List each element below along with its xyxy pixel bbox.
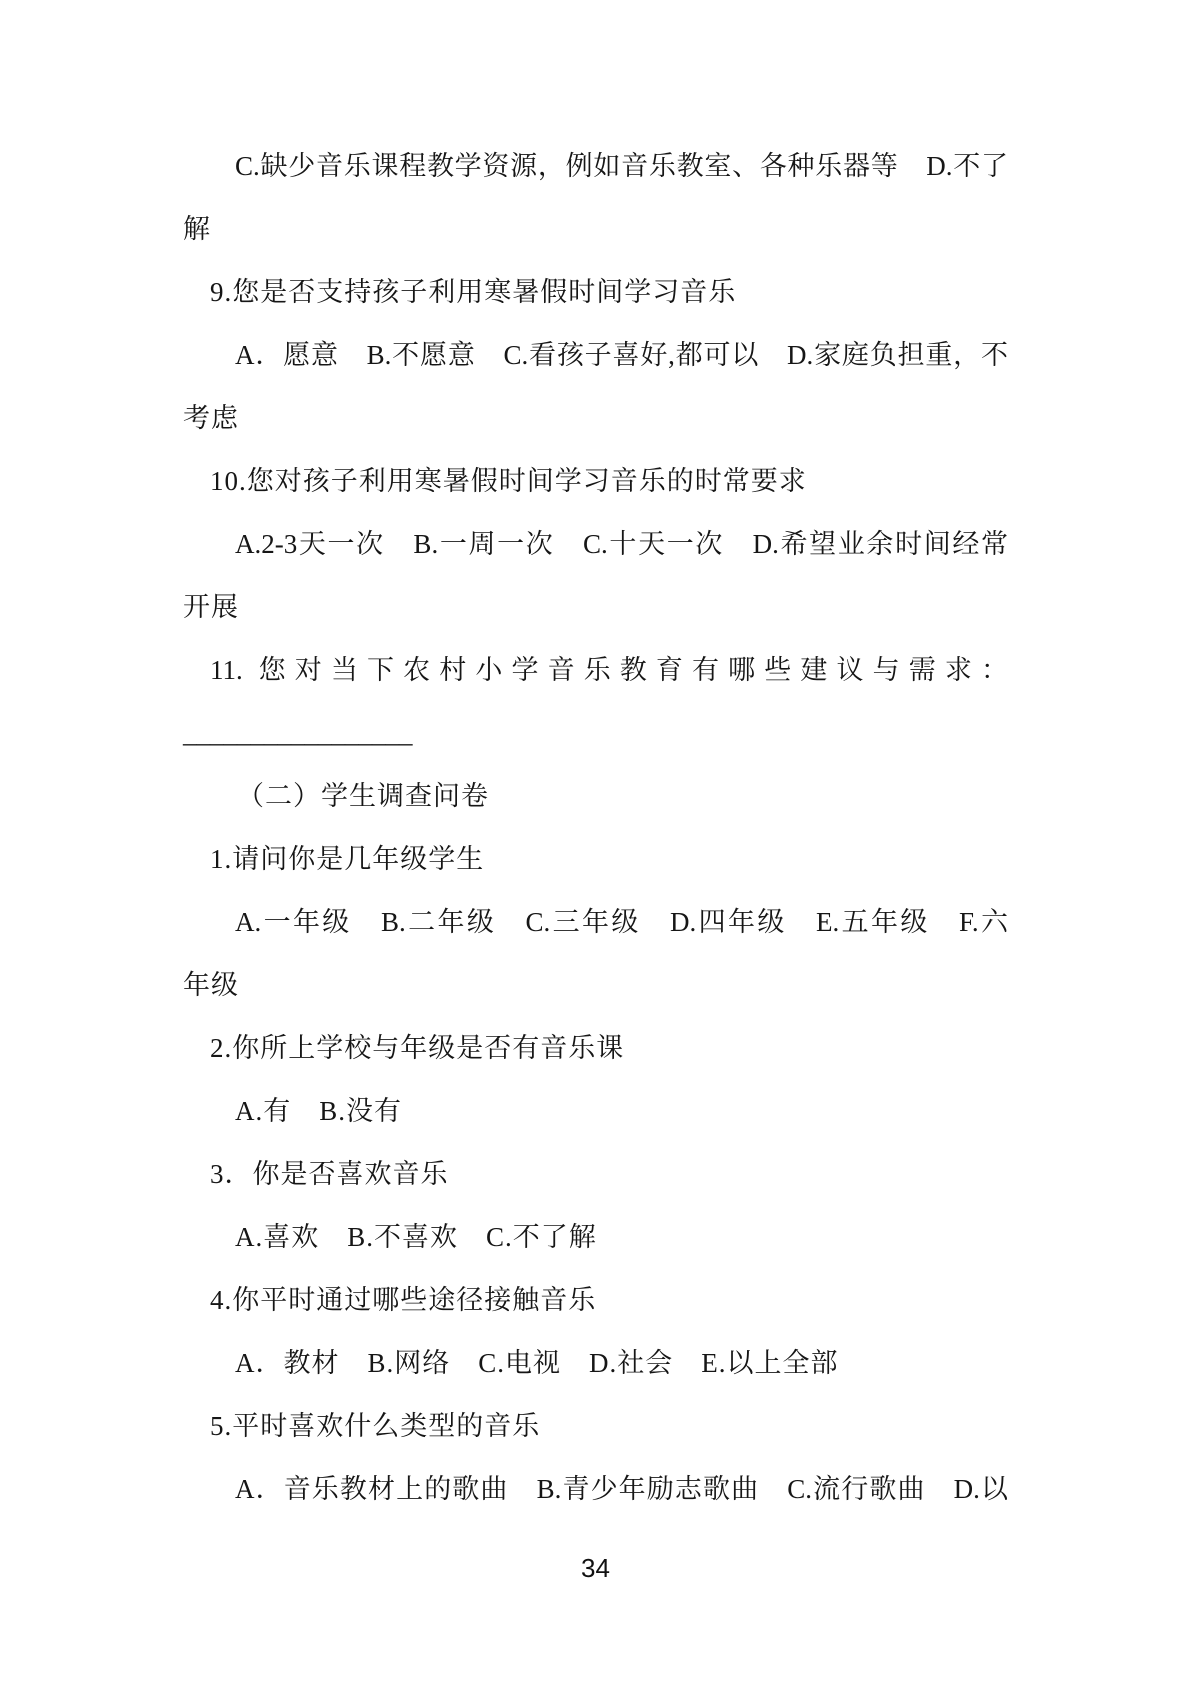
student-question3-text: 3．你是否喜欢音乐 — [183, 1143, 1008, 1206]
question10-options-wrap: 开展 — [183, 576, 1008, 639]
student-question4-options-line: A．教材 B.网络 C.电视 D.社会 E.以上全部 — [183, 1332, 1008, 1395]
question10-text: 10.您对孩子利用寒暑假时间学习音乐的时常要求 — [183, 450, 1008, 513]
fill-in-blank-line: _________________ — [183, 702, 1008, 765]
question9-options-line: A．愿意 B.不愿意 C.看孩子喜好,都可以 D.家庭负担重，不 — [183, 324, 1008, 387]
question8-options-wrap: 解 — [183, 198, 1008, 261]
question9-options-wrap: 考虑 — [183, 387, 1008, 450]
question10-options-line: A.2-3天一次 B.一周一次 C.十天一次 D.希望业余时间经常 — [183, 513, 1008, 576]
question11-text: 11. 您对当下农村小学音乐教育有哪些建议与需求： — [183, 639, 1008, 702]
student-question5-text: 5.平时喜欢什么类型的音乐 — [183, 1395, 1008, 1458]
student-question4-text: 4.你平时通过哪些途径接触音乐 — [183, 1269, 1008, 1332]
document-text-block: C.缺少音乐课程教学资源，例如音乐教室、各种乐器等 D.不了解9.您是否支持孩子… — [0, 0, 1191, 1521]
document-page: C.缺少音乐课程教学资源，例如音乐教室、各种乐器等 D.不了解9.您是否支持孩子… — [0, 0, 1191, 1684]
page-number: 34 — [0, 1551, 1191, 1585]
student-question1-options-wrap: 年级 — [183, 954, 1008, 1017]
student-question2-options-line: A.有 B.没有 — [183, 1080, 1008, 1143]
question8-options-line: C.缺少音乐课程教学资源，例如音乐教室、各种乐器等 D.不了 — [183, 135, 1008, 198]
student-question5-options-line: A．音乐教材上的歌曲 B.青少年励志歌曲 C.流行歌曲 D.以 — [183, 1458, 1008, 1521]
student-question3-options-line: A.喜欢 B.不喜欢 C.不了解 — [183, 1206, 1008, 1269]
student-question1-options-line: A.一年级 B.二年级 C.三年级 D.四年级 E.五年级 F.六 — [183, 891, 1008, 954]
student-question1-text: 1.请问你是几年级学生 — [183, 828, 1008, 891]
student-question2-text: 2.你所上学校与年级是否有音乐课 — [183, 1017, 1008, 1080]
question9-text: 9.您是否支持孩子利用寒暑假时间学习音乐 — [183, 261, 1008, 324]
section-heading-student-questionnaire: （二）学生调查问卷 — [183, 765, 1008, 828]
